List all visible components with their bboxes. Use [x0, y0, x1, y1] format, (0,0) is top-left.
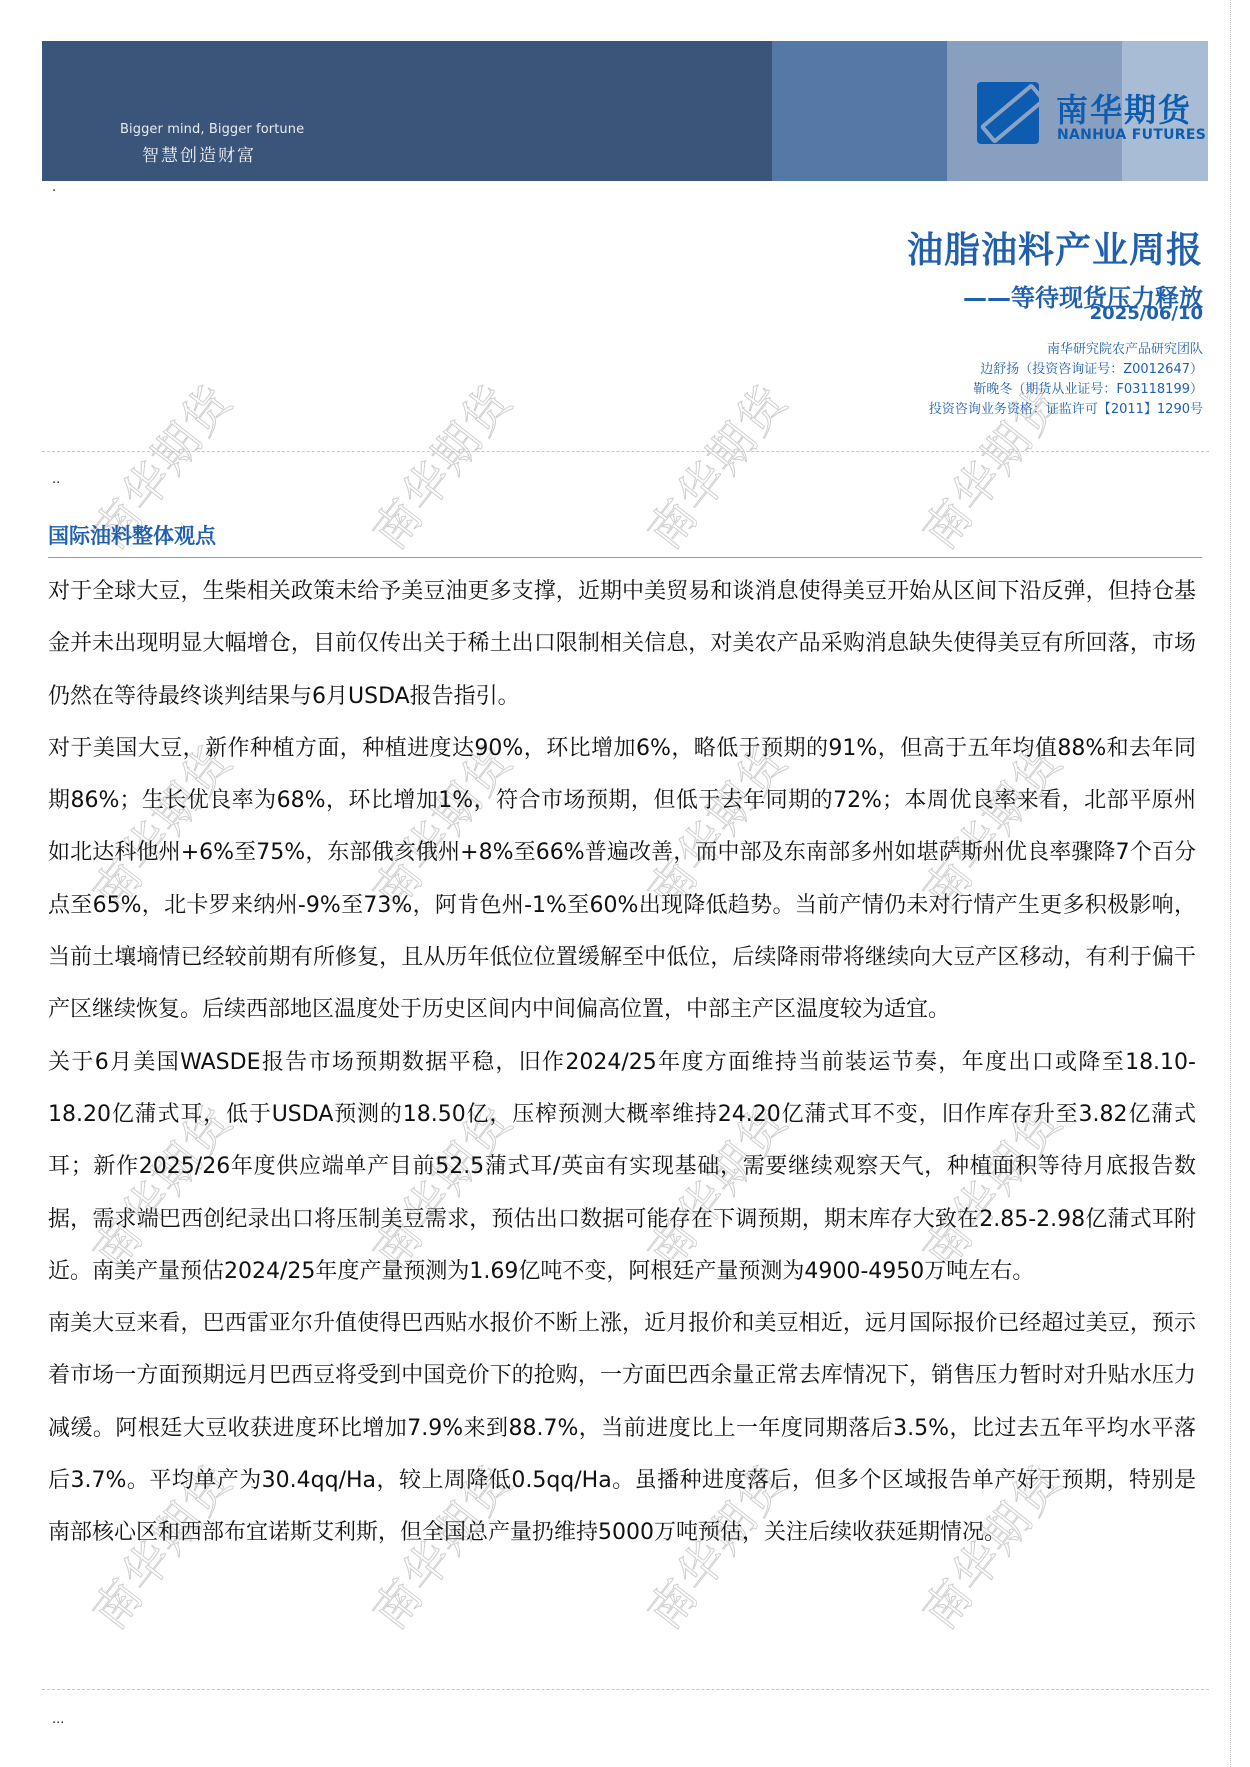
section-body: 对于全球大豆，生柴相关政策未给予美豆油更多支撑，近期中美贸易和谈消息使得美豆开始…	[48, 566, 1196, 1560]
author-2: 靳晚冬（期货从业证号：F03118199）	[929, 380, 1203, 400]
section-heading: 国际油料整体观点	[48, 520, 216, 550]
divider-dotted-bottom	[42, 1689, 1209, 1690]
top-marker: ·	[52, 184, 56, 199]
paragraph-us-soybean: 对于美国大豆，新作种植方面，种植进度达90%，环比增加6%，略低于预期的91%，…	[48, 723, 1196, 1037]
license-info: 投资咨询业务资格：证监许可【2011】1290号	[929, 400, 1203, 420]
paragraph-south-america: 南美大豆来看，巴西雷亚尔升值使得巴西贴水报价不断上涨，近月报价和美豆相近，远月国…	[48, 1298, 1196, 1559]
research-team: 南华研究院农产品研究团队	[929, 340, 1203, 360]
report-title: 油脂油料产业周报	[907, 222, 1203, 273]
logo-text-english: NANHUA FUTURES	[1057, 127, 1206, 143]
logo-text-chinese: 南华期货	[1056, 85, 1192, 131]
slogan-chinese: 智慧创造财富	[142, 141, 256, 166]
bottom-marker: ...	[52, 1712, 64, 1727]
right-margin-dotted-line	[1230, 0, 1231, 1767]
watermark: 南华期货	[355, 369, 525, 561]
author-info: 南华研究院农产品研究团队 边舒扬（投资咨询证号：Z0012647） 靳晚冬（期货…	[929, 340, 1203, 420]
section-rule	[48, 557, 1202, 558]
divider-dotted-top	[42, 451, 1209, 452]
middle-marker: ..	[52, 472, 60, 487]
banner-segment-medium	[772, 41, 947, 181]
nanhua-logo-icon	[977, 82, 1039, 144]
slogan-english: Bigger mind, Bigger fortune	[120, 122, 304, 137]
author-1: 边舒扬（投资咨询证号：Z0012647）	[929, 360, 1203, 380]
watermark: 南华期货	[630, 369, 800, 561]
paragraph-global-soybean: 对于全球大豆，生柴相关政策未给予美豆油更多支撑，近期中美贸易和谈消息使得美豆开始…	[48, 566, 1196, 723]
header-banner: Bigger mind, Bigger fortune 智慧创造财富 南华期货 …	[42, 41, 1208, 181]
report-date: 2025/06/10	[1090, 303, 1203, 324]
paragraph-wasde: 关于6月美国WASDE报告市场预期数据平稳，旧作2024/25年度方面维持当前装…	[48, 1037, 1196, 1298]
